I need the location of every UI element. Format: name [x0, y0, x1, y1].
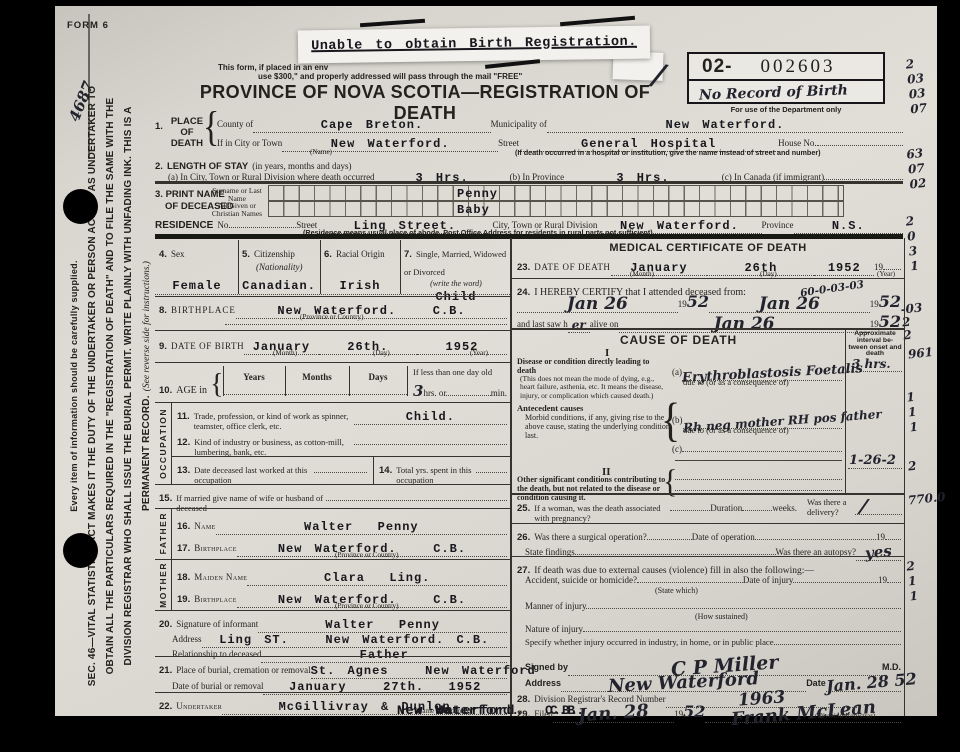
margin-code: 1 — [910, 256, 941, 274]
dob-month-note: (Month) — [273, 350, 297, 357]
other-interval-value: 1-26-2 — [849, 454, 896, 467]
age-hrs-row: 3 hrs. or min. — [413, 384, 507, 399]
mother-vertical-text: MOTHER — [158, 562, 168, 608]
residence-label: RESIDENCE — [155, 220, 213, 231]
weeks-label: weeks. — [772, 503, 797, 513]
interval-a-underline — [848, 371, 902, 372]
marital-num: 7. — [404, 249, 412, 260]
birthplace-label: BIRTHPLACE — [171, 305, 236, 315]
racial-origin-cell: 6. Racial Origin Irish — [324, 244, 396, 292]
margin-code-group: 961 — [907, 344, 938, 362]
birth-registration-stamp: Unable to obtain Birth Registration. — [298, 26, 650, 64]
state-which-note: (State which) — [655, 587, 698, 595]
other-line1 — [675, 479, 842, 480]
mail-note-line2: use $300," and properly addressed will p… — [258, 72, 522, 81]
operation-date-line — [755, 539, 876, 540]
findings-row: State findings Was there an autopsy? yes — [525, 542, 901, 561]
manner-row: Manner of injury — [525, 601, 901, 611]
cause-due1: due to (or as a consequence of) — [683, 378, 789, 388]
divider — [155, 484, 510, 485]
trade-num: 11. — [177, 411, 190, 422]
dod-year-line: 1952 — [814, 257, 874, 276]
heavy-divider — [155, 234, 903, 239]
mother-name-label: Maiden Name — [194, 572, 247, 582]
residence-province-label: Province — [762, 220, 794, 230]
age-months-header: Months — [285, 372, 349, 382]
dod-month-line: January — [611, 257, 708, 276]
margin-code: 1 — [909, 417, 940, 435]
father-name-label: Name — [194, 521, 215, 531]
divider — [512, 523, 904, 524]
residence-province-value: N.S. — [832, 219, 865, 233]
county-value: Cape Breton. — [321, 118, 423, 132]
mother-name-value: Clara Ling. — [324, 571, 430, 585]
antecedent-note: Morbid conditions, if any, giving rise t… — [525, 414, 673, 441]
citizenship-sublabel: (Nationality) — [256, 262, 316, 272]
cause-c-label: (c) — [672, 444, 682, 454]
stamp-text: Unable to obtain Birth Registration. — [311, 35, 637, 53]
accident-line — [637, 582, 743, 583]
age-num: 10. — [159, 385, 172, 396]
other-brace: { — [663, 469, 677, 495]
burial-num: 21. — [159, 665, 172, 676]
certify-from-line: Jan 26 — [517, 294, 678, 313]
divider — [155, 330, 510, 331]
section1-label: 1. PLACE OF DEATH — [155, 116, 209, 149]
racial-origin-num: 6. — [324, 249, 332, 260]
column-divider — [510, 238, 512, 716]
divider — [155, 692, 510, 693]
pregnancy-row: 25. If a woman, was the death associated… — [517, 498, 797, 523]
industry-label: Kind of industry or business, as cotton-… — [194, 438, 354, 457]
manner-label: Manner of injury — [525, 601, 586, 611]
surname-value: Penny — [457, 188, 498, 200]
punch-hole-bottom — [63, 533, 98, 568]
marital-label: Single, Married, Widowed or Divorced — [404, 249, 506, 277]
place-of-death-county-row: County of Cape Breton. Municipality of N… — [217, 114, 903, 133]
cause-a-label: (a) — [672, 367, 682, 377]
total-years-row: 14. Total yrs. spent in this occupation — [379, 460, 507, 485]
operation-date-label: Date of operation — [692, 532, 755, 542]
cause-c-row: (c) — [672, 444, 842, 454]
divider — [155, 362, 510, 363]
dob-year-note: (Year) — [470, 350, 488, 357]
age-label: AGE in — [176, 385, 207, 396]
doctor-address-label: Address — [525, 678, 561, 688]
informant-num: 20. — [159, 619, 172, 630]
certify-to-line: Jan 26 — [709, 294, 870, 313]
certify-to-date: Jan 26 — [759, 296, 820, 313]
residence-no-label: No. — [217, 220, 230, 230]
certify-from-year: 52 — [687, 294, 709, 310]
father-name-line: Walter Penny — [216, 516, 507, 535]
citizenship-label: Citizenship — [254, 249, 295, 259]
margin-code: 1 — [909, 586, 940, 604]
row4-7-underline — [155, 294, 510, 295]
accident-label: Accident, suicide or homicide? — [525, 575, 637, 585]
registration-number: 002603 — [760, 56, 835, 78]
trade-line: Child. — [354, 406, 507, 425]
divider — [512, 278, 904, 279]
birthplace-note: (Province or Country) — [300, 314, 363, 321]
cell-divider — [400, 240, 401, 294]
divider — [512, 556, 904, 557]
margin-code: 2 — [903, 326, 934, 342]
margin-code: 961 — [907, 344, 938, 362]
house-no-label: House No. — [778, 138, 817, 148]
stamp-stroke — [360, 19, 425, 27]
manner-line — [586, 608, 901, 609]
margin-code-group: 2 — [907, 456, 938, 474]
specify-label: Specify whether injury occurred in indus… — [525, 638, 774, 648]
divider — [155, 559, 510, 560]
certify-from-row: Jan 26 19 52 Jan 26 19 52 — [517, 294, 901, 313]
cause-b-label: (b) — [672, 415, 683, 425]
sex-num: 4. — [159, 249, 167, 260]
margin-code: 2 — [907, 456, 938, 474]
industry-row: 12. Kind of industry or business, as cot… — [177, 432, 507, 457]
specify-row: Specify whether injury occurred in indus… — [525, 638, 901, 648]
divider — [512, 493, 904, 495]
mother-name-line: Clara Ling. — [247, 567, 507, 586]
house-no-line — [817, 145, 903, 146]
specify-line — [774, 644, 901, 645]
divider — [155, 656, 510, 657]
operation-line — [647, 539, 692, 540]
sex-value: Female — [159, 280, 235, 292]
margin-code-group: 630702 — [906, 145, 941, 193]
signed-by-label: Signed by — [525, 662, 568, 672]
undertaker-num: 22. — [159, 701, 172, 712]
cell-divider — [238, 240, 239, 294]
mail-note-line1: This form, if placed in an env — [218, 63, 328, 72]
sex-label: Sex — [171, 249, 185, 259]
municipality-label: Municipality of — [491, 119, 547, 129]
occ-cell-divider — [373, 456, 374, 484]
trade-label: Trade, profession, or kind of work as sp… — [194, 412, 354, 431]
duration-label: Duration — [710, 503, 742, 513]
pregnancy-line — [670, 510, 710, 511]
dob-day-note: (Day) — [373, 350, 390, 357]
delivery-label: Was there a delivery? — [807, 498, 855, 517]
informant-address-label: Address — [172, 634, 202, 644]
certify-from-date: Jan 26 — [567, 296, 628, 313]
citizenship-num: 5. — [242, 249, 250, 260]
dob-label: DATE OF BIRTH — [171, 341, 244, 351]
accident-row: Accident, suicide or homicide? Date of i… — [525, 575, 901, 585]
occupation-vertical-text: OCCUPATION — [158, 408, 168, 479]
margin-code: 770.0 — [907, 490, 938, 508]
county-label: County of — [217, 119, 253, 129]
divider — [155, 610, 510, 611]
margin-code: 02 — [909, 174, 940, 192]
residence-province-line: N.S. — [794, 215, 903, 234]
cause-extra-line — [675, 460, 842, 461]
father-name-num: 16. — [177, 521, 190, 532]
margin-code-group: 111 — [906, 388, 941, 436]
autopsy-line: yes — [856, 542, 901, 561]
divider — [155, 402, 510, 403]
mother-birthplace-num: 19. — [177, 594, 190, 605]
autopsy-value: yes — [864, 544, 892, 562]
cause-c-line — [682, 451, 842, 452]
date-of-death-row: 23. DATE OF DEATH January 26th 1952 19 — [517, 257, 901, 276]
right-frame-line — [904, 238, 905, 716]
department-only-note: For use of the Department only — [687, 106, 885, 114]
age-label-row: 10. AGE in { — [159, 374, 224, 398]
registration-number-box: 02- 002603 No Record of Birth — [687, 52, 885, 104]
sidebar-rotated-text: Every item of information should be care… — [69, 76, 155, 696]
divider — [155, 181, 903, 184]
age-brace: { — [210, 374, 223, 396]
spouse-num: 15. — [159, 493, 172, 504]
sidebar-reverse-note: (See reverse side for instructions.) — [142, 261, 152, 391]
racial-origin-label: Racial Origin — [336, 249, 385, 259]
footer-address-value: New Waterford. C.B. — [397, 704, 585, 717]
section1-title: PLACE OF DEATH — [167, 116, 207, 149]
city-value: New Waterford. — [331, 137, 450, 151]
undertaker-label: Undertaker — [176, 701, 222, 711]
margin-code: 07 — [910, 99, 941, 117]
county-line: Cape Breton. — [253, 114, 490, 133]
sidebar-supply-note: Every item of information should be care… — [69, 76, 79, 696]
racial-origin-value: Irish — [324, 280, 396, 292]
pregnancy-num: 25. — [517, 503, 530, 514]
how-sustained-note: (How sustained) — [695, 613, 748, 621]
birthplace-line2 — [225, 324, 507, 325]
margin-code-group: 2031 — [905, 212, 941, 275]
age-years-header: Years — [223, 372, 285, 382]
nature-row: Nature of injury — [525, 624, 901, 634]
dod-label: DATE OF DEATH — [534, 262, 610, 272]
citizenship-cell: 5. Citizenship (Nationality) Canadian. — [242, 244, 316, 292]
surname-boxes: Penny — [268, 185, 844, 201]
municipality-value: New Waterford. — [666, 118, 785, 132]
margin-code-group: 770.0 — [907, 490, 938, 508]
divider — [155, 296, 510, 297]
last-saw-date: Jan 26 — [714, 316, 775, 333]
injury-year-pre: 19 — [878, 575, 887, 585]
pregnancy-label: If a woman, was the death associated wit… — [534, 504, 670, 523]
birthplace-num: 8. — [159, 305, 167, 316]
no-record-of-birth-note: No Record of Birth — [699, 83, 848, 102]
operation-label: Was there a surgical operation? — [534, 532, 647, 542]
spouse-label: If married give name of wife or husband … — [176, 494, 326, 513]
margin-code-group: 2030307 — [905, 55, 941, 118]
city-label: If in City or Town — [217, 138, 282, 148]
mother-birthplace-label: Birthplace — [194, 594, 237, 604]
dob-year-line: 1952 — [417, 336, 507, 355]
medical-certificate-header: MEDICAL CERTIFICATE OF DEATH — [512, 242, 904, 254]
father-birthplace-num: 17. — [177, 543, 190, 554]
injury-year-line — [887, 582, 901, 583]
age-less-label: If less than one day old — [413, 368, 492, 378]
age-hrs-label: hrs. or — [423, 388, 446, 398]
occupation-vertical-label: OCCUPATION — [155, 402, 172, 484]
last-saw-date-line: Jan 26 — [619, 314, 870, 333]
age-days-header: Days — [349, 372, 407, 382]
nature-label: Nature of injury — [525, 624, 583, 634]
dob-num: 9. — [159, 341, 167, 352]
marital-sublabel: (write the word) — [404, 280, 508, 289]
stamp-stroke — [560, 16, 635, 26]
filed-date-value: Jan. 28 — [577, 703, 649, 726]
municipality-line: New Waterford. — [547, 114, 903, 133]
cause-of-death-header: CAUSE OF DEATH — [512, 333, 845, 347]
hospital-note: (If death occurred in a hospital or inst… — [515, 149, 821, 156]
stay-canada-line — [824, 179, 903, 180]
age-min-label: min. — [491, 388, 507, 398]
father-birthplace-label: Birthplace — [194, 543, 237, 553]
age-hrs-value: 3 — [413, 384, 423, 399]
last-worked-line — [314, 472, 367, 473]
other-line2 — [675, 490, 842, 491]
informant-label: Signature of informant — [176, 619, 258, 629]
duration-line — [742, 510, 772, 511]
last-saw-row: and last saw h er alive on Jan 26 19 52 — [517, 314, 901, 333]
interval-ii-underline — [848, 468, 902, 469]
street-label: Street — [498, 138, 519, 148]
registration-prefix: 02- — [702, 56, 732, 78]
trade-row: 11. Trade, profession, or kind of work a… — [177, 406, 507, 431]
industry-num: 12. — [177, 437, 190, 448]
certify-pre1: 19 — [678, 299, 687, 309]
interval-header: Approximate interval be- tween onset and… — [848, 331, 902, 358]
injury-date-label: Date of injury — [743, 575, 793, 585]
last-worked-row: 13. Date deceased last worked at this oc… — [177, 460, 367, 485]
age-cell-divider — [407, 366, 408, 396]
disease-note: (This does not mean the mode of dying, e… — [520, 375, 670, 400]
residence-no-line — [231, 227, 297, 228]
divider — [155, 508, 510, 509]
cause-due2: due to (or as a consequence of) — [683, 426, 789, 436]
operation-year-pre: 19 — [876, 532, 885, 542]
last-worked-label: Date deceased last worked at this occupa… — [194, 466, 314, 485]
birthplace-line: New Waterford. C.B. — [236, 300, 507, 319]
dod-num: 23. — [517, 262, 530, 273]
mother-name-num: 18. — [177, 572, 190, 583]
findings-line — [575, 554, 776, 555]
certify-to-year: 52 — [879, 294, 901, 310]
operation-year-line — [885, 539, 901, 540]
division-registrar-note: (Division Registrar) — [815, 712, 875, 720]
section2-num: 2. — [155, 161, 163, 172]
punch-hole-top — [63, 189, 98, 224]
father-name-row: 16. Name Walter Penny — [177, 516, 507, 535]
cell-divider — [320, 240, 321, 294]
section3-num: 3. — [155, 189, 163, 200]
injury-date-line — [793, 582, 878, 583]
section1-num: 1. — [155, 121, 163, 132]
dod-year: 1952 — [828, 261, 861, 275]
last-worked-num: 13. — [177, 465, 190, 476]
date-of-birth-row: 9. DATE OF BIRTH January 26th. 1952 — [159, 336, 507, 355]
death-registration-form: FORM 6 4687 Every item of information sh… — [55, 6, 937, 716]
divider — [172, 456, 510, 457]
delivery-line — [855, 514, 902, 515]
age-hrs-line — [446, 395, 490, 396]
mother-vertical-label: MOTHER — [155, 559, 172, 610]
total-years-label: Total yrs. spent in this occupation — [396, 466, 476, 485]
relationship-label: Relationship to deceased — [172, 649, 261, 659]
filed-year-pre: 19 — [674, 709, 683, 719]
cause-a-interval: 3 hrs. — [852, 358, 891, 370]
spouse-line — [326, 500, 507, 501]
father-name-value: Walter Penny — [304, 520, 419, 534]
signed-date-label: Date — [806, 678, 826, 688]
last-saw-er-line: er — [568, 314, 590, 333]
trade-value: Child. — [406, 410, 455, 424]
total-years-num: 14. — [379, 465, 392, 476]
burial-date-label: Date of burial or removal — [172, 681, 263, 691]
father-vertical-label: FATHER — [155, 508, 172, 559]
age-underline — [223, 394, 407, 395]
total-years-line — [476, 472, 507, 473]
dob-day-line: 26th. — [319, 336, 417, 355]
filed-year-value: 52 — [683, 704, 705, 720]
burial-place-label: Place of burial, cremation or removal — [176, 665, 310, 675]
citizenship-value: Canadian. — [242, 280, 316, 292]
sex-cell: 4. Sex Female — [159, 244, 235, 292]
father-vertical-text: FATHER — [158, 512, 168, 554]
margin-code-group: 211 — [906, 557, 941, 605]
nature-line — [583, 631, 901, 632]
mother-name-row: 18. Maiden Name Clara Ling. — [177, 567, 507, 586]
certify-pre2: 19 — [870, 299, 879, 309]
industry-line — [354, 444, 507, 445]
